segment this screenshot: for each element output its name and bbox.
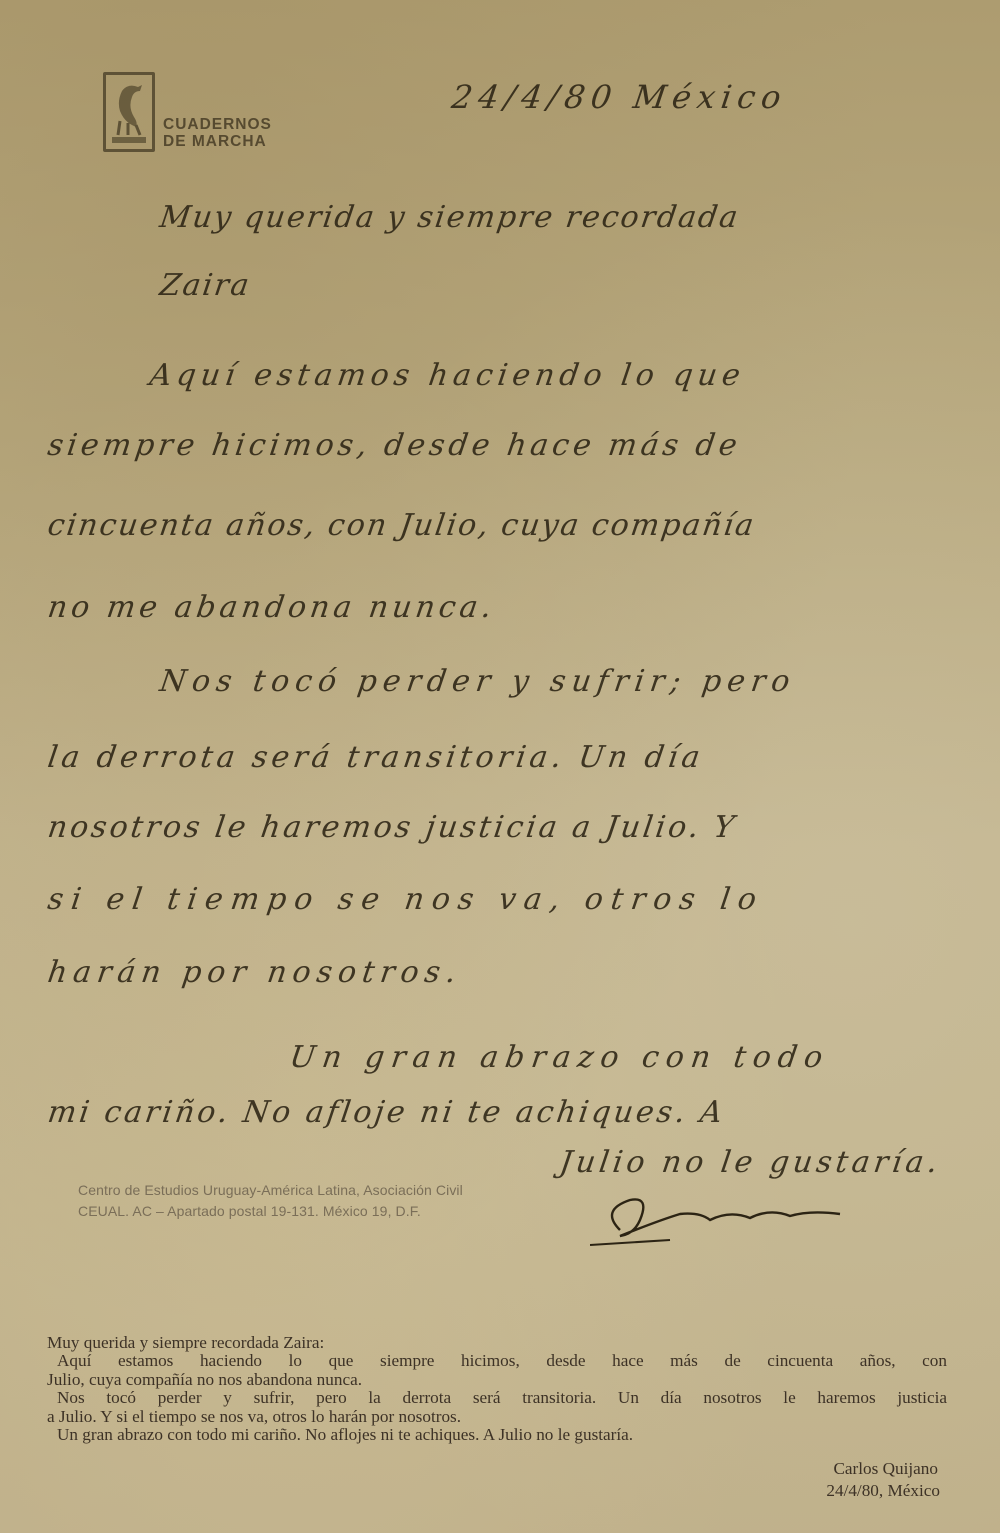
transcript-date-place: 24/4/80, México	[826, 1480, 940, 1502]
handwritten-line: Nos tocó perder y sufrir; pero	[158, 664, 798, 699]
handwritten-line: siempre hicimos, desde hace más de	[46, 428, 744, 463]
transcription: Muy querida y siempre recordada Zaira: A…	[47, 1334, 947, 1444]
transcript-author: Carlos Quijano	[826, 1458, 938, 1480]
transcript-line: Aquí estamos haciendo lo que siempre hic…	[47, 1352, 947, 1370]
letterhead-footer: Centro de Estudios Uruguay-América Latin…	[78, 1180, 463, 1222]
handwritten-line: Julio no le gustaría.	[558, 1145, 944, 1180]
handwritten-date-place: 24/4/80 México	[449, 78, 789, 116]
footer-line2: CEUAL. AC – Apartado postal 19-131. Méxi…	[78, 1201, 463, 1222]
transcript-line: a Julio. Y si el tiempo se nos va, otros…	[47, 1408, 947, 1426]
letterhead-line2: DE MARCHA	[163, 133, 272, 150]
handwritten-salutation: Muy querida y siempre recordada	[158, 200, 742, 235]
letterhead-line1: CUADERNOS	[163, 116, 272, 133]
letterhead-title: CUADERNOS DE MARCHA	[163, 116, 272, 150]
transcript-line: Nos tocó perder y sufrir, pero la derrot…	[47, 1389, 947, 1407]
transcript-line: Un gran abrazo con todo mi cariño. No af…	[47, 1426, 947, 1444]
transcript-line: Julio, cuya compañía no nos abandona nun…	[47, 1371, 947, 1389]
signature: Quijano	[590, 1190, 860, 1255]
handwritten-line: Un gran abrazo con todo	[288, 1040, 832, 1075]
handwritten-line: Aquí estamos haciendo lo que	[148, 358, 748, 393]
handwritten-line: mi cariño. No afloje ni te achiques. A	[46, 1095, 728, 1130]
handwritten-salutation-name: Zaira	[158, 268, 253, 303]
handwritten-line: cincuenta años, con Julio, cuya compañía	[46, 508, 758, 543]
transcript-salutation: Muy querida y siempre recordada Zaira:	[47, 1334, 947, 1352]
handwritten-line: nosotros le haremos justicia a Julio. Y	[46, 810, 740, 845]
handwritten-line: la derrota será transitoria. Un día	[46, 740, 706, 775]
handwritten-line: harán por nosotros.	[46, 955, 465, 990]
letterhead: CUADERNOS DE MARCHA	[103, 72, 272, 152]
transcript-signature-block: Carlos Quijano 24/4/80, México	[826, 1458, 940, 1502]
handwritten-line: si el tiempo se nos va, otros lo	[46, 882, 767, 917]
handwritten-line: no me abandona nunca.	[46, 590, 498, 625]
horse-rider-emblem-icon	[103, 72, 155, 152]
footer-line1: Centro de Estudios Uruguay-América Latin…	[78, 1180, 463, 1201]
